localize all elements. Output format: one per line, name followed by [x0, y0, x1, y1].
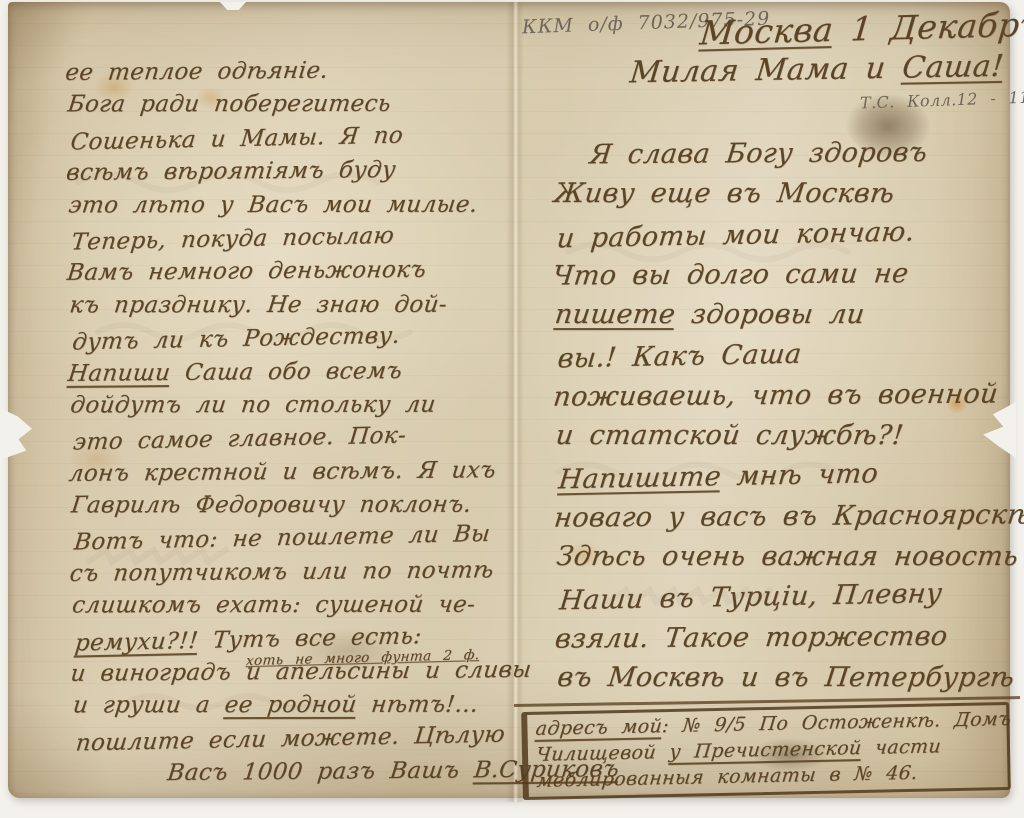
- seg-u: ее родной: [223, 692, 358, 718]
- handwriting-line: Что вы долго сами не: [550, 257, 1015, 301]
- handwriting-line: Я слава Богу здоровъ: [549, 136, 1014, 180]
- seg-u: Напиши: [67, 360, 172, 387]
- seg-u: пишете: [553, 299, 677, 330]
- seg: всѣмъ вѣроятіямъ буду: [65, 157, 398, 186]
- dateline-date: 1 Декабръ 77,: [831, 3, 1024, 49]
- handwriting-line: Живу еще въ Москвѣ: [551, 178, 1016, 218]
- handwriting-line: Наши въ Турціи, Плевну: [557, 577, 1022, 626]
- seg: вы.! Какъ Саша: [556, 339, 803, 375]
- handwriting-line: съ попутчикомъ или по почтѣ: [67, 557, 511, 594]
- handwriting-line: и груши а ее родной нѣтъ!...: [71, 692, 515, 726]
- seg: лонъ крестной и всѣмъ. Я ихъ: [67, 457, 497, 487]
- handwriting-line: Бога ради поберегитесь: [65, 91, 509, 125]
- seg-u: адресъ мой: [535, 715, 664, 740]
- seg: пошлите если можете. Цѣлую: [75, 721, 507, 756]
- seg: Васъ 1000 разъ Вашъ: [166, 758, 476, 787]
- seg: и статской службѣ?!: [554, 420, 905, 451]
- seg: Наши въ Турціи, Плевну: [558, 578, 944, 616]
- handwriting-line: Напишите мнѣ что: [556, 456, 1021, 505]
- address-box: адресъ мой: № 9/5 По Остоженкѣ. Домъ Чил…: [521, 702, 1011, 800]
- seg: дутъ ли къ Рождеству.: [71, 323, 401, 356]
- seg: : № 9/5 По Остоженкѣ. Домъ: [661, 708, 1012, 737]
- handwriting-line: и работы мои кончаю.: [554, 214, 1019, 263]
- handwriting-line: Вамъ немного деньжонокъ: [65, 256, 509, 293]
- handwriting-line: въ Москвѣ и въ Петербургѣ: [555, 662, 1020, 702]
- seg: и груши а: [72, 693, 227, 719]
- handwriting-line: Напиши Саша обо всемъ: [66, 357, 510, 394]
- handwriting-line: и статской службѣ?!: [553, 420, 1018, 460]
- seg: и работы мои кончаю.: [555, 216, 916, 254]
- handwriting-line: взяли. Такое торжество: [552, 620, 1017, 664]
- handwriting-line: всѣмъ вѣроятіямъ буду: [64, 156, 508, 193]
- letter-scan: ККМ о/ф 7032/975-29 Т.С. Колл.12 - 11/35…: [0, 0, 1024, 818]
- seg: Здѣсь очень важная новость: [555, 541, 1020, 572]
- seg: Что вы долго сами не: [551, 258, 911, 292]
- handwriting-line: ее теплое одѣяніе.: [63, 56, 507, 93]
- seg: Сошенька и Мамы. Я по: [69, 122, 404, 155]
- salutation-text: Милая Мама и: [628, 51, 904, 91]
- seg: ее теплое одѣяніе.: [64, 58, 330, 86]
- handwriting-line-signature: Васъ 1000 разъ Вашъ В.Суриковъ: [69, 757, 513, 794]
- handwriting-line: къ празднику. Не знаю дой-: [67, 291, 511, 325]
- seg: части: [861, 735, 943, 759]
- seg: слишкомъ ехать: сушеной че-: [71, 592, 477, 619]
- seg: новаго у васъ въ Красноярскѣ.: [552, 499, 1024, 533]
- dateline-city: Москва: [698, 10, 835, 53]
- handwriting-line: дойдутъ ли по стольку ли: [68, 392, 512, 426]
- seg: Теперь, покуда посылаю: [70, 223, 395, 256]
- seg: дойдутъ ли по стольку ли: [69, 392, 437, 419]
- salutation-name: Саша!: [901, 49, 1006, 86]
- seg: Вамъ немного деньжонокъ: [66, 257, 428, 286]
- seg: Саша обо всемъ: [169, 358, 404, 386]
- handwriting-line: Здѣсь очень важная новость: [554, 541, 1019, 581]
- seg: нѣтъ!...: [355, 692, 480, 718]
- seg: это самое главное. Пок-: [72, 423, 408, 456]
- seg: поживаешь, что въ военной: [552, 378, 1000, 412]
- right-page-text: Я слава Богу здоровъ Живу еще въ Москвѣ …: [551, 136, 1015, 703]
- letter-salutation: Милая Мама и Саша!: [628, 49, 1012, 91]
- paper-edge-nick: [220, 2, 246, 10]
- seg: взяли. Такое торжество: [553, 620, 949, 654]
- seg: къ празднику. Не знаю дой-: [68, 291, 449, 318]
- handwriting-line: слишкомъ ехать: сушеной че-: [70, 592, 514, 626]
- handwriting-line: это лѣто у Васъ мои милые.: [66, 191, 510, 225]
- handwriting-line: новаго у васъ въ Красноярскѣ.: [551, 499, 1016, 543]
- handwriting-line: вы.! Какъ Саша: [555, 335, 1020, 384]
- handwriting-line: поживаешь, что въ военной: [551, 378, 1016, 422]
- seg: Бога ради поберегитесь: [66, 91, 392, 118]
- seg: Чилищевой: [535, 741, 671, 766]
- handwriting-line: пишете здоровы ли: [552, 299, 1017, 339]
- seg: съ попутчикомъ или по почтѣ: [68, 557, 495, 587]
- seg-u: ремухи?!!: [74, 628, 200, 657]
- seg: въ Москвѣ и въ Петербургѣ: [556, 662, 1017, 693]
- seg: это лѣто у Васъ мои милые.: [67, 191, 479, 218]
- seg: Я слава Богу здоровъ: [588, 137, 929, 170]
- seg-u: Напишите: [557, 462, 723, 496]
- seg: Вотъ что: не пошлете ли Вы: [73, 521, 492, 556]
- handwriting-line: лонъ крестной и всѣмъ. Я ихъ: [67, 457, 511, 494]
- letter-paper-sheet: ККМ о/ф 7032/975-29 Т.С. Колл.12 - 11/35…: [8, 2, 1010, 798]
- seg: мнѣ что: [719, 459, 879, 493]
- left-page-text: ее теплое одѣяніе. Бога ради поберегитес…: [65, 56, 511, 794]
- seg-u: у Пречистенской: [668, 737, 862, 763]
- archival-collection-mark: Т.С. Колл.12 - 11/35.: [860, 86, 1024, 112]
- seg: Гаврилѣ Федоровичу поклонъ.: [70, 492, 473, 519]
- seg: здоровы ли: [673, 299, 866, 330]
- seg: Живу еще въ Москвѣ: [552, 178, 896, 209]
